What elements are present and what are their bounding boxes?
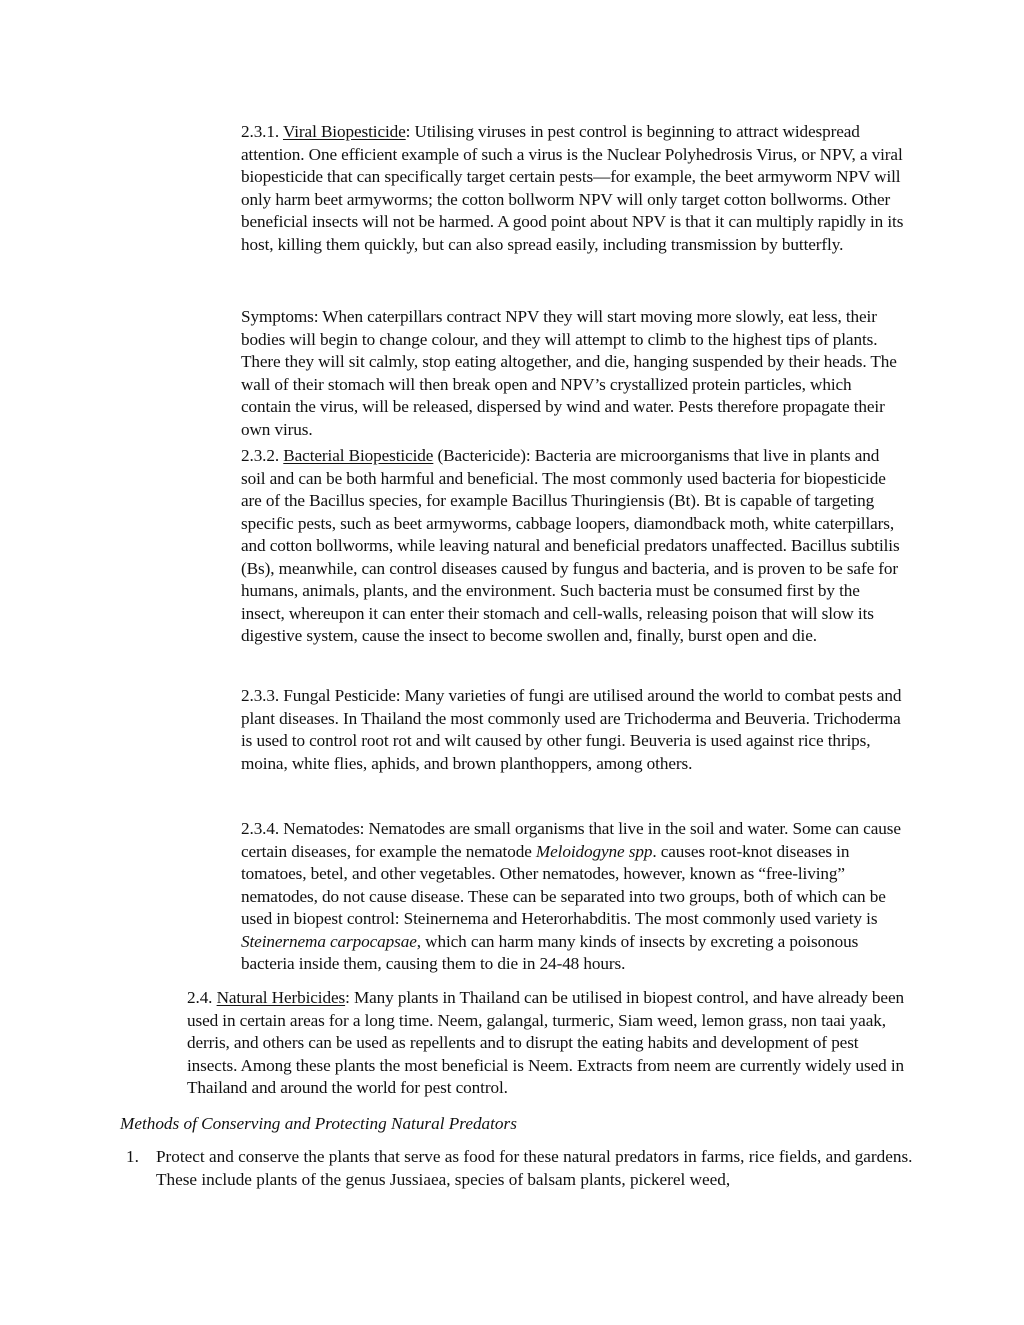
section-2-3-2: 2.3.2. Bacterial Biopesticide (Bacterici… bbox=[241, 445, 905, 648]
paragraph-body: Symptoms: When caterpillars contract NPV… bbox=[241, 307, 897, 439]
list-number: 1. bbox=[126, 1146, 139, 1169]
section-2-4: 2.4. Natural Herbicides: Many plants in … bbox=[187, 987, 907, 1100]
section-number: 2.3.2. bbox=[241, 446, 279, 465]
section-body: 2.3.3. Fungal Pesticide: Many varieties … bbox=[241, 686, 901, 773]
section-2-3-1: 2.3.1. Viral Biopesticide: Utilising vir… bbox=[241, 121, 905, 256]
species-name-meloidogyne: Meloidogyne spp bbox=[536, 842, 652, 861]
section-number: 2.4. bbox=[187, 988, 212, 1007]
section-body: : Utilising viruses in pest control is b… bbox=[241, 122, 903, 254]
section-title: Natural Herbicides bbox=[217, 988, 345, 1007]
section-2-3-3: 2.3.3. Fungal Pesticide: Many varieties … bbox=[241, 685, 905, 775]
list-text: Protect and conserve the plants that ser… bbox=[156, 1146, 916, 1191]
symptoms-paragraph: Symptoms: When caterpillars contract NPV… bbox=[241, 306, 905, 441]
section-title: Viral Biopesticide bbox=[283, 122, 406, 141]
document-page: 2.3.1. Viral Biopesticide: Utilising vir… bbox=[0, 0, 1024, 1325]
methods-heading: Methods of Conserving and Protecting Nat… bbox=[120, 1113, 517, 1136]
species-name-steinernema: Steinernema carpocapsae bbox=[241, 932, 417, 951]
section-2-3-4: 2.3.4. Nematodes: Nematodes are small or… bbox=[241, 818, 905, 976]
section-title: Bacterial Biopesticide bbox=[283, 446, 433, 465]
section-body: (Bactericide): Bacteria are microorganis… bbox=[241, 446, 900, 645]
section-number: 2.3.1. bbox=[241, 122, 279, 141]
